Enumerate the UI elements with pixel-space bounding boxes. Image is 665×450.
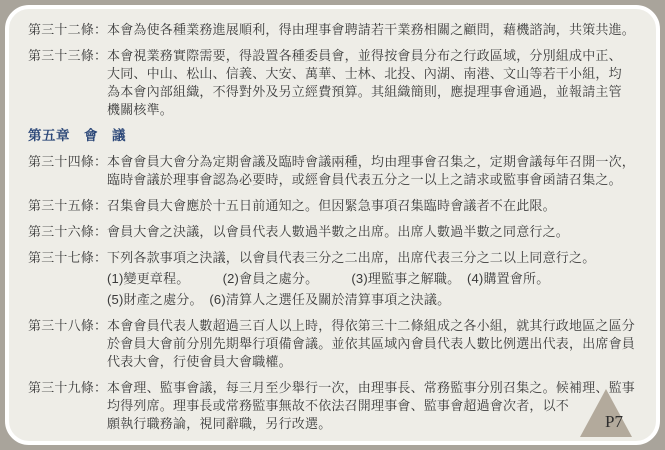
article-line: (5)財產之處分。 (6)清算人之選任及關於清算事項之決議。 [107, 291, 646, 309]
article-line: (1)變更章程。 (2)會員之處分。 (3)理監事之解職。 (4)購置會所。 [107, 270, 646, 288]
article: 第三十八條： 本會會員代表人數超過三百人以上時，得依第三十二條組成之各小組，就其… [28, 317, 646, 371]
article-body: 本會理、監事會議，每三月至少舉行一次，由理事長、常務監事分別召集之。候補理、監事… [107, 379, 646, 433]
article-line: 於會員大會前分別先期舉行項備會議。並依其區域內會員代表人數比例選出代表，出席會員 [107, 335, 646, 353]
article-line: 召集會員大會應於十五日前通知之。但因緊急事項召集臨時會議者不在此限。 [107, 197, 646, 215]
article-number: 第三十九條： [28, 379, 107, 397]
article: 第三十七條： 下列各款事項之決議，以會員代表三分之二出席，出席代表三分之二以上同… [28, 249, 646, 309]
article: 第三十三條： 本會視業務實際需要，得設置各種委員會，並得按會員分布之行政區域，分… [28, 47, 646, 119]
article-body: 本會會員代表人數超過三百人以上時，得依第三十二條組成之各小組，就其行政地區之區分… [107, 317, 646, 371]
article-line: 願執行職務論，視同辭職，另行改選。 [107, 415, 646, 433]
article-body: 本會會員大會分為定期會議及臨時會議兩種，均由理事會召集之，定期會議每年召開一次，… [107, 153, 646, 189]
page-number: P7 [605, 412, 623, 432]
article-number: 第三十四條： [28, 153, 107, 171]
article-line: 機關核準。 [107, 101, 646, 119]
article-line: 臨時會議於理事會認為必要時，或經會員代表五分之一以上之請求或監事會函請召集之。 [107, 171, 646, 189]
article-number: 第三十七條： [28, 249, 107, 267]
article-body: 下列各款事項之決議，以會員代表三分之二出席，出席代表三分之二以上同意行之。(1)… [107, 249, 646, 309]
article-line: 代表大會，行使會員大會職權。 [107, 353, 646, 371]
article-line: 下列各款事項之決議，以會員代表三分之二出席，出席代表三分之二以上同意行之。 [107, 249, 646, 267]
article-number: 第三十六條： [28, 223, 107, 241]
article-line: 本會理、監事會議，每三月至少舉行一次，由理事長、常務監事分別召集之。候補理、監事 [107, 379, 646, 397]
article: 第三十九條： 本會理、監事會議，每三月至少舉行一次，由理事長、常務監事分別召集之… [28, 379, 646, 433]
document-page: 第三十二條： 本會為使各種業務進展順利，得由理事會聘請若干業務相關之顧問，藉機諮… [5, 5, 660, 445]
article-line: 本會為使各種業務進展順利，得由理事會聘請若干業務相關之顧問，藉機諮詢，共策共進。 [107, 21, 646, 39]
article-line: 本會會員代表人數超過三百人以上時，得依第三十二條組成之各小組，就其行政地區之區分 [107, 317, 646, 335]
article-line: 為本會內部組織，不得對外及另立經費預算。其組織簡則，應提理事會通過，並報請主管 [107, 83, 646, 101]
chapter-heading: 第五章 會 議 [28, 127, 646, 145]
article-body: 本會為使各種業務進展順利，得由理事會聘請若干業務相關之顧問，藉機諮詢，共策共進。 [107, 21, 646, 39]
article: 第三十二條： 本會為使各種業務進展順利，得由理事會聘請若干業務相關之顧問，藉機諮… [28, 21, 646, 39]
article-line: 均得列席。理事長或常務監事無故不依法召開理事會、監事會超過會次者，以不 [107, 397, 646, 415]
article: 第三十四條： 本會會員大會分為定期會議及臨時會議兩種，均由理事會召集之，定期會議… [28, 153, 646, 189]
article-number: 第三十三條： [28, 47, 107, 65]
article-number: 第三十二條： [28, 21, 107, 39]
article-line: 大同、中山、松山、信義、大安、萬華、士林、北投、內湖、南港、文山等若干小組，均 [107, 65, 646, 83]
article-body: 會員大會之決議，以會員代表人數過半數之出席。出席人數過半數之同意行之。 [107, 223, 646, 241]
article-line: 會員大會之決議，以會員代表人數過半數之出席。出席人數過半數之同意行之。 [107, 223, 646, 241]
article-number: 第三十五條： [28, 197, 107, 215]
article-body: 召集會員大會應於十五日前通知之。但因緊急事項召集臨時會議者不在此限。 [107, 197, 646, 215]
document-content: 第三十二條： 本會為使各種業務進展順利，得由理事會聘請若干業務相關之顧問，藉機諮… [9, 9, 656, 441]
article-line: 本會會員大會分為定期會議及臨時會議兩種，均由理事會召集之，定期會議每年召開一次， [107, 153, 646, 171]
article: 第三十六條： 會員大會之決議，以會員代表人數過半數之出席。出席人數過半數之同意行… [28, 223, 646, 241]
article: 第三十五條： 召集會員大會應於十五日前通知之。但因緊急事項召集臨時會議者不在此限… [28, 197, 646, 215]
article-body: 本會視業務實際需要，得設置各種委員會，並得按會員分布之行政區域，分別組成中正、大… [107, 47, 646, 119]
article-number: 第三十八條： [28, 317, 107, 335]
article-line: 本會視業務實際需要，得設置各種委員會，並得按會員分布之行政區域，分別組成中正、 [107, 47, 646, 65]
